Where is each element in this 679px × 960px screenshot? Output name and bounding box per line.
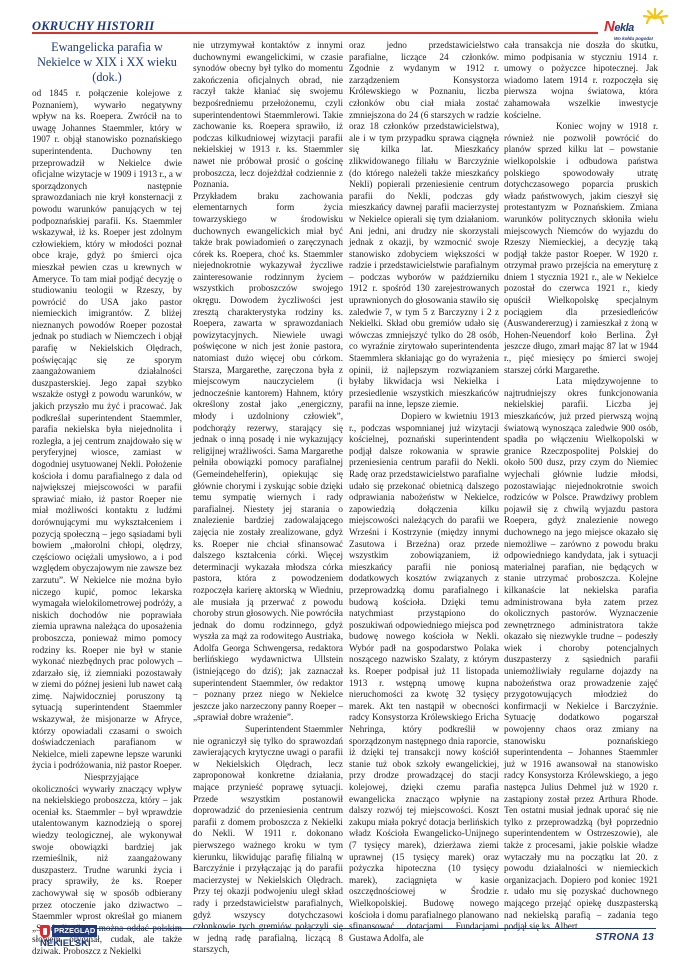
- nekla-logo: Nekla Wo kołdu pogoda!: [598, 6, 674, 44]
- article-body: Ewangelicka parafia w Nekielce w XIX i X…: [32, 40, 666, 920]
- sun-icon: [638, 6, 672, 32]
- footer-divider: [60, 928, 656, 929]
- article-title: Ewangelicka parafia w Nekielce w XIX i X…: [32, 40, 182, 85]
- page-number: STRONA 13: [596, 932, 654, 943]
- article-column-2: nie utrzymywał kontaktów z innymi duchow…: [193, 40, 343, 956]
- publication-logo: PRZEGLĄD NEKIELSKI: [40, 925, 110, 953]
- publication-badge: PRZEGLĄD: [52, 925, 97, 937]
- paragraph: oraz jedno przedstawicielstwo parafialne…: [349, 40, 499, 411]
- paragraph: Dopiero w kwietniu 1913 r., podczas wspo…: [349, 411, 499, 944]
- header-divider: [32, 32, 598, 34]
- paragraph: od 1845 r. połączenie kolejowe z Poznani…: [32, 88, 182, 772]
- paragraph: nie utrzymywał kontaktów z innymi duchow…: [193, 40, 343, 191]
- paragraph: Przykładem braku zachowania elementarnyc…: [193, 191, 343, 724]
- paragraph: Koniec wojny w 1918 r. również nie pozwo…: [504, 121, 658, 376]
- paragraph: Lata międzywojenne to najtrudniejszy okr…: [504, 376, 658, 933]
- logo-wordmark: Nekla: [604, 18, 634, 35]
- article-column-1: Ewangelicka parafia w Nekielce w XIX i X…: [32, 40, 182, 958]
- logo-initial: N: [604, 18, 614, 35]
- publication-name: NEKIELSKI: [40, 938, 91, 949]
- article-column-3: oraz jedno przedstawicielstwo parafialne…: [349, 40, 499, 944]
- logo-wordmark-rest: ekla: [614, 22, 633, 34]
- paragraph: cała transakcja nie doszła do skutku, mi…: [504, 40, 658, 121]
- shield-icon: [40, 925, 50, 938]
- page-header: OKRUCHY HISTORII: [32, 0, 672, 36]
- article-column-4: cała transakcja nie doszła do skutku, mi…: [504, 40, 658, 933]
- paragraph: Superintendent Staemmler nie ograniczył …: [193, 724, 343, 956]
